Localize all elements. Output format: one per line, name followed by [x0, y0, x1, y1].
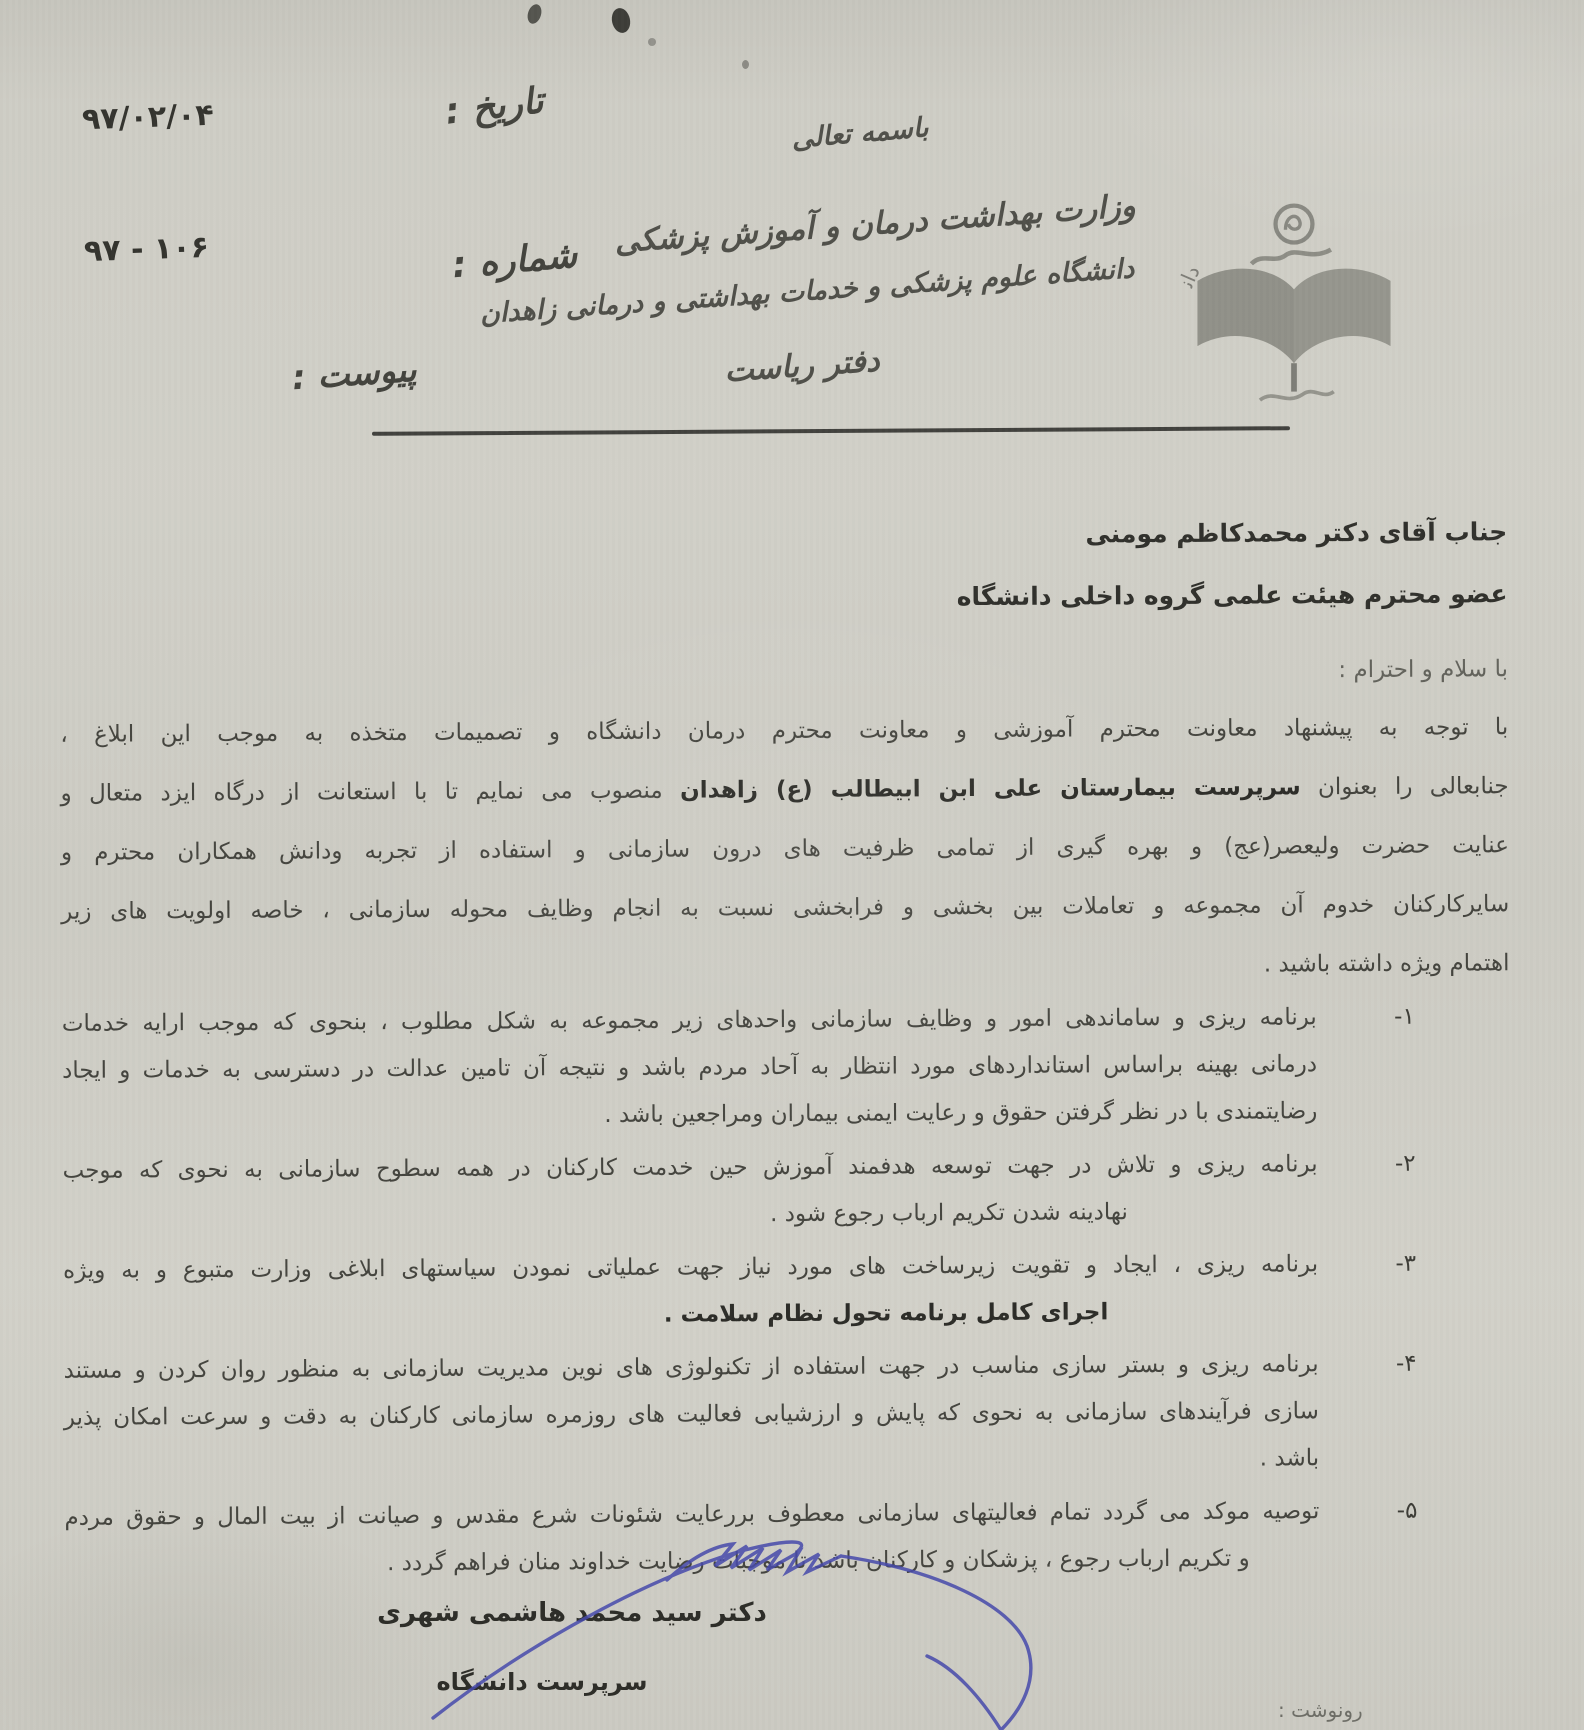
logo-bottom-script [1260, 392, 1334, 401]
text-line: سازی فرآیندهای سازمانی به نحوی که پایش و… [64, 1388, 1319, 1442]
text-line: برنامه ریزی ، ایجاد و تقویت زیرساخت های … [63, 1241, 1318, 1295]
text-run: برنامه ریزی و ساماندهی امور و وظایف سازم… [62, 1004, 1317, 1037]
copy-label: رونوشت : [1278, 1698, 1363, 1722]
logo-book-left [1197, 269, 1294, 364]
office-name: دفتر ریاست [651, 338, 953, 395]
priority-item-number: ۲- [1345, 1141, 1415, 1235]
appointment-paragraph: با توجه به پیشنهاد معاونت محترم آموزشی و… [60, 698, 1510, 1001]
priority-item: ۲-برنامه ریزی و تلاش در جهت توسعه هدفمند… [62, 1140, 1510, 1242]
priority-item: ۳-برنامه ریزی ، ایجاد و تقویت زیرساخت ها… [63, 1240, 1511, 1342]
bismillah: باسمه تعالی [699, 104, 1020, 163]
text-run: منصوب می نمایم تا با استعانت از درگاه ای… [61, 778, 681, 807]
ministry-name: وزارت بهداشت درمان و آموزش پزشکی [545, 183, 1206, 265]
text-line: برنامه ریزی و بستر سازی مناسب در جهت است… [64, 1341, 1319, 1395]
ink-spot [525, 2, 544, 25]
text-line: باشد . [64, 1435, 1319, 1489]
text-run: برنامه ریزی و بستر سازی مناسب در جهت است… [64, 1351, 1319, 1384]
priority-item-number: ۳- [1346, 1241, 1416, 1335]
text-line: عنایت حضرت ولیعصر(عج) و بهره گیری از تما… [61, 816, 1509, 883]
logo-book-right [1294, 269, 1391, 364]
ink-spot [648, 38, 656, 46]
text-run: سایرکارکنان خدوم آن مجموعه و تعاملات بین… [61, 891, 1509, 925]
greeting: با سلام و احترام : [60, 654, 1508, 692]
text-line: برنامه ریزی و تلاش در جهت توسعه هدفمند آ… [62, 1141, 1317, 1195]
text-line: اهتمام ویژه داشته باشید . [61, 934, 1509, 1001]
text-run: عنایت حضرت ولیعصر(عج) و بهره گیری از تما… [61, 832, 1509, 866]
number-value: ۹۷ - ۱۰۶ [83, 230, 209, 269]
priority-item-number: ۴- [1347, 1341, 1418, 1482]
logo-script-line [1251, 250, 1331, 264]
text-run: باشد . [1260, 1445, 1320, 1471]
bold-text-run: اجرای کامل برنامه تحول نظام سلامت . [664, 1299, 1109, 1327]
ink-spot [610, 6, 633, 34]
ink-spot [742, 60, 749, 69]
header-divider [372, 426, 1290, 436]
text-run: رضایتمندی با در نظر گرفتن حقوق و رعایت ا… [604, 1098, 1317, 1128]
scanned-letter-page: تاریخ : ۹۷/۰۲/۰۴ شماره : ۹۷ - ۱۰۶ پیوست … [0, 0, 1584, 1730]
text-line: رضایتمندی با در نظر گرفتن حقوق و رعایت ا… [62, 1088, 1317, 1142]
university-logo-graphic: دانشگاه علوم پزشکی زاهدان [1152, 132, 1436, 424]
logo-arc-text: دانشگاه علوم پزشکی زاهدان [1152, 132, 1205, 291]
priority-item-number: ۵- [1347, 1488, 1417, 1582]
signature-stroke-tail [927, 1656, 1001, 1730]
text-run: با توجه به پیشنهاد معاونت محترم آموزشی و… [60, 714, 1508, 748]
text-line: جنابعالی را بعنوان سرپرست بیمارستان علی … [60, 757, 1508, 824]
university-logo: دانشگاه علوم پزشکی زاهدان [1152, 132, 1436, 424]
recipient-role: عضو محترم هیئت علمی گروه داخلی دانشگاه [60, 576, 1508, 620]
logo-emblem-mark [1285, 216, 1300, 229]
bold-text-run: سرپرست بیمارستان علی ابن ابیطالب (ع) زاه… [680, 774, 1301, 803]
letter-body: جناب آقای دکتر محمدکاظم مومنی عضو محترم … [59, 514, 1513, 1595]
text-run: جنابعالی را بعنوان [1301, 773, 1509, 800]
date-label: تاریخ : [443, 80, 546, 133]
text-line: برنامه ریزی و ساماندهی امور و وظایف سازم… [62, 994, 1317, 1048]
priority-item: ۴-برنامه ریزی و بستر سازی مناسب در جهت ا… [64, 1340, 1513, 1489]
text-run: اهتمام ویژه داشته باشید . [1264, 950, 1510, 977]
text-line: سایرکارکنان خدوم آن مجموعه و تعاملات بین… [61, 875, 1509, 942]
text-run: برنامه ریزی ، ایجاد و تقویت زیرساخت های … [63, 1251, 1318, 1284]
priority-item-text: برنامه ریزی و بستر سازی مناسب در جهت است… [64, 1341, 1320, 1489]
text-run: سازی فرآیندهای سازمانی به نحوی که پایش و… [64, 1398, 1319, 1431]
signature-stroke-diagonal [433, 1542, 802, 1718]
text-run: برنامه ریزی و تلاش در جهت توسعه هدفمند آ… [63, 1151, 1318, 1184]
priority-item: ۱-برنامه ریزی و ساماندهی امور و وظایف سا… [62, 993, 1511, 1142]
attachment-label: پیوست : [291, 350, 418, 399]
priority-item-number: ۱- [1345, 994, 1416, 1135]
priority-item-text: برنامه ریزی و تلاش در جهت توسعه هدفمند آ… [62, 1141, 1317, 1242]
text-line: با توجه به پیشنهاد معاونت محترم آموزشی و… [60, 698, 1508, 765]
priority-item-text: برنامه ریزی ، ایجاد و تقویت زیرساخت های … [63, 1241, 1318, 1342]
date-value: ۹۷/۰۲/۰۴ [81, 98, 214, 138]
priorities-list: ۱-برنامه ریزی و ساماندهی امور و وظایف سا… [62, 993, 1513, 1589]
text-line: درمانی بهینه براساس استانداردهای مورد ان… [62, 1041, 1317, 1095]
text-line: اجرای کامل برنامه تحول نظام سلامت . [63, 1288, 1318, 1342]
text-run: نهادینه شدن تکریم ارباب رجوع شود . [770, 1199, 1128, 1227]
text-run: درمانی بهینه براساس استانداردهای مورد ان… [62, 1051, 1317, 1084]
signature-stroke-loop-right [841, 1556, 1031, 1730]
logo-emblem-circle [1276, 206, 1313, 243]
text-line: نهادینه شدن تکریم ارباب رجوع شود . [63, 1188, 1318, 1242]
priority-item-text: برنامه ریزی و ساماندهی امور و وظایف سازم… [62, 994, 1318, 1142]
signature-ink [415, 1518, 1095, 1730]
recipient-name: جناب آقای دکتر محمدکاظم مومنی [59, 514, 1507, 558]
